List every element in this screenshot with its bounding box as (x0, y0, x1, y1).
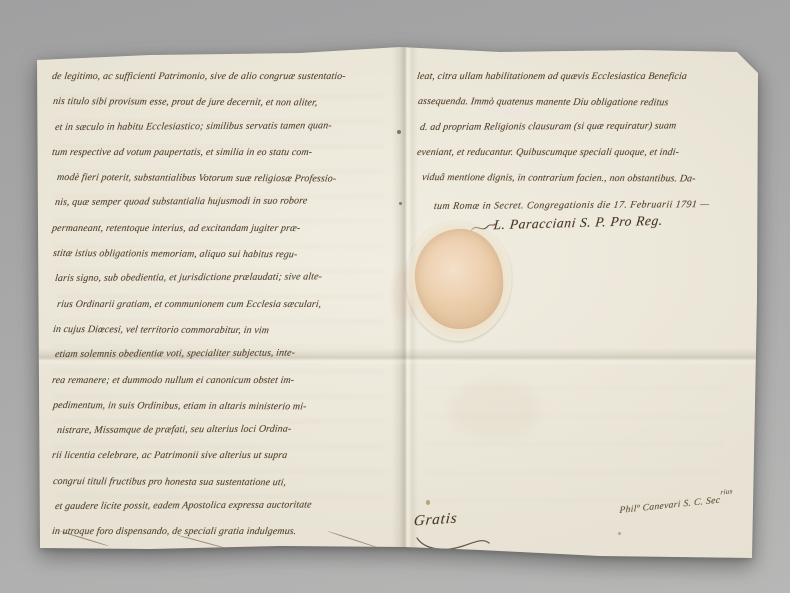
manuscript-line: d. ad propriam Religionis clausuram (si … (419, 113, 751, 140)
manuscript-line: et in sæculo in habitu Ecclesiastico; si… (54, 112, 400, 139)
manuscript-line: nistrare, Missamque de præfati, seu alte… (56, 416, 400, 443)
manuscript-line: rius Ordinarii gratiam, et communionem c… (55, 292, 399, 317)
foxing-spot (426, 500, 430, 505)
secretary-signature-superscript: rius (720, 487, 732, 496)
foxing-spot (399, 202, 402, 205)
foxing-spot (397, 130, 401, 134)
manuscript-line: rii licentia celebrare, ac Patrimonii si… (50, 443, 399, 468)
paper-shadow: de legitimo, ac sufficienti Patrimonio, … (0, 0, 790, 593)
gratis-flourish (413, 534, 493, 552)
foxing-spot (94, 551, 97, 554)
manuscript-line: tum respective ad votum paupertatis, et … (50, 140, 399, 165)
manuscript-paper: de legitimo, ac sufficienti Patrimonio, … (0, 0, 790, 593)
manuscript-line: rea remanere; et dummodo nullum ei canon… (50, 368, 399, 393)
manuscript-line: permaneant, retentoque interius, ad exci… (50, 216, 399, 241)
manuscript-line: et gaudere licite possit, eadem Apostoli… (54, 492, 400, 519)
manuscript-line: de legitimo, ac sufficienti Patrimonio, … (50, 64, 399, 89)
manuscript-line: nis, quæ semper quoad substantialia huju… (54, 188, 400, 215)
manuscript-line: in utroque foro dispensando, de speciali… (50, 519, 399, 544)
manuscript-line: viduâ mentione dignis, in contrarium fac… (420, 165, 750, 192)
left-page-text: de legitimo, ac sufficienti Patrimonio, … (52, 64, 398, 545)
manuscript-line: leat, citra ullam habilitationem ad quæv… (415, 64, 750, 89)
photo-backdrop: de legitimo, ac sufficienti Patrimonio, … (0, 0, 790, 593)
manuscript-line: assequenda. Immò quatenus manente Diu ob… (416, 89, 750, 116)
faint-stain (450, 380, 540, 440)
gratis-note: Gratis (413, 511, 458, 531)
right-page-text: leat, citra ullam habilitationem ad quæv… (417, 64, 749, 190)
manuscript-line: eveniant, et reducantur. Quibuscumque sp… (415, 140, 750, 165)
manuscript-line: laris signo, sub obedientia, et jurisdic… (54, 264, 400, 291)
manuscript-line: etiam solemnis obedientiæ voti, speciali… (54, 340, 400, 367)
date-line: tum Romæ in Secret. Congregationis die 1… (433, 199, 710, 212)
foxing-spot (618, 532, 621, 535)
